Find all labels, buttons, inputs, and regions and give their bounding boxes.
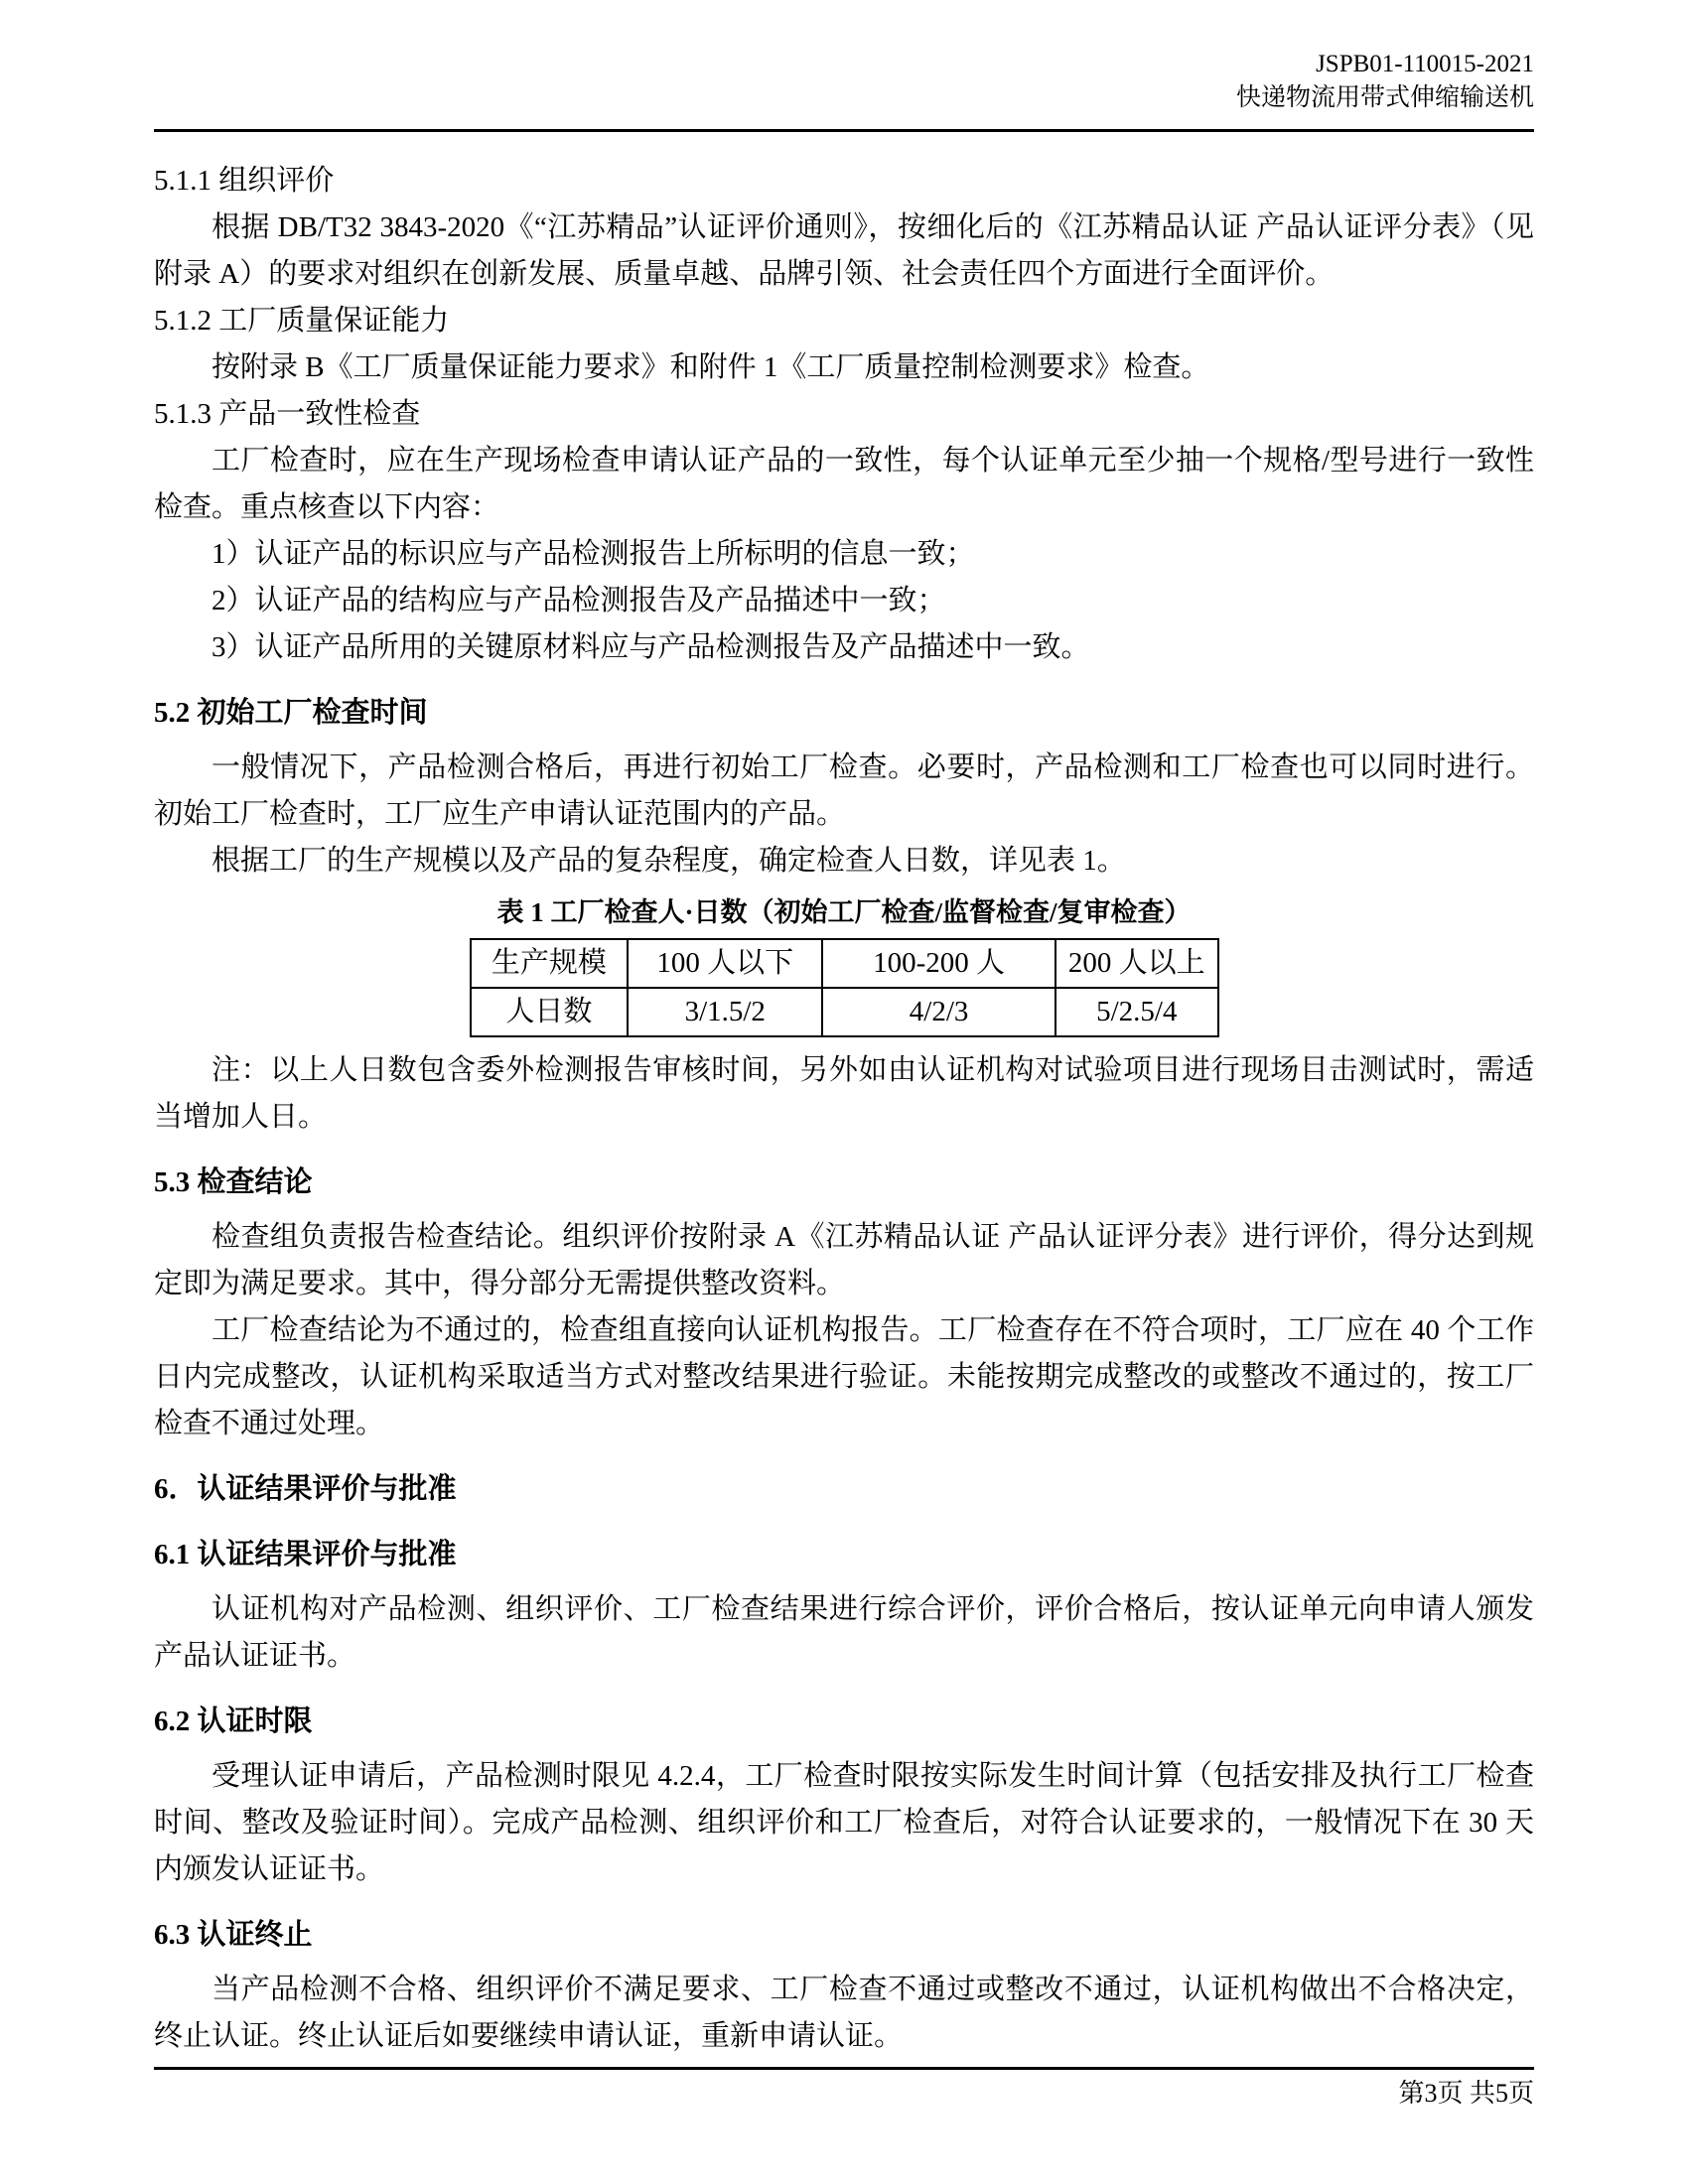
section-6-1-heading: 6.1 认证结果评价与批准	[154, 1531, 1534, 1578]
section-5-3-heading: 5.3 检查结论	[154, 1159, 1534, 1206]
table-row: 人日数 3/1.5/2 4/2/3 5/2.5/4	[471, 988, 1218, 1036]
table-cell: 100 人以下	[628, 939, 822, 988]
table-cell: 生产规模	[471, 939, 629, 988]
document-footer: 第3页 共5页	[154, 2067, 1534, 2114]
section-5-1-1-paragraph: 根据 DB/T32 3843-2020《“江苏精品”认证评价通则》，按细化后的《…	[154, 205, 1534, 298]
footer-divider	[154, 2067, 1534, 2070]
consistency-check-item-2: 2）认证产品的结构应与产品检测报告及产品描述中一致；	[154, 578, 1534, 624]
header-doc-title: 快递物流用带式伸缩输送机	[154, 81, 1534, 115]
section-5-1-2-paragraph: 按附录 B《工厂质量保证能力要求》和附件 1《工厂质量控制检测要求》检查。	[154, 344, 1534, 391]
table-cell: 5/2.5/4	[1055, 988, 1217, 1036]
section-6-3-heading: 6.3 认证终止	[154, 1911, 1534, 1959]
section-5-2-paragraph-2: 根据工厂的生产规模以及产品的复杂程度，确定检查人日数，详见表 1。	[154, 838, 1534, 885]
consistency-check-item-1: 1）认证产品的标识应与产品检测报告上所标明的信息一致；	[154, 531, 1534, 578]
consistency-check-item-3: 3）认证产品所用的关键原材料应与产品检测报告及产品描述中一致。	[154, 624, 1534, 671]
section-5-2-paragraph-1: 一般情况下，产品检测合格后，再进行初始工厂检查。必要时，产品检测和工厂检查也可以…	[154, 745, 1534, 838]
section-5-1-2-heading: 5.1.2 工厂质量保证能力	[154, 298, 1534, 344]
section-5-3-paragraph-1: 检查组负责报告检查结论。组织评价按附录 A《江苏精品认证 产品认证评分表》进行评…	[154, 1214, 1534, 1307]
section-5-3-paragraph-2: 工厂检查结论为不通过的，检查组直接向认证机构报告。工厂检查存在不符合项时，工厂应…	[154, 1307, 1534, 1447]
section-6-heading: 6．认证结果评价与批准	[154, 1465, 1534, 1513]
table-cell: 100-200 人	[822, 939, 1055, 988]
section-6-2-paragraph: 受理认证申请后，产品检测时限见 4.2.4，工厂检查时限按实际发生时间计算（包括…	[154, 1753, 1534, 1893]
document-body: 5.1.1 组织评价 根据 DB/T32 3843-2020《“江苏精品”认证评…	[0, 132, 1688, 2060]
section-5-1-1-heading: 5.1.1 组织评价	[154, 158, 1534, 205]
header-doc-number: JSPB01-110015-2021	[154, 48, 1534, 81]
page-number: 第3页 共5页	[154, 2074, 1534, 2114]
table-1-inspection-man-days: 生产规模 100 人以下 100-200 人 200 人以上 人日数 3/1.5…	[470, 938, 1219, 1037]
table-1-note: 注：以上人日数包含委外检测报告审核时间，另外如由认证机构对试验项目进行现场目击测…	[154, 1047, 1534, 1141]
document-header: JSPB01-110015-2021 快递物流用带式伸缩输送机	[154, 0, 1534, 115]
table-1-caption: 表 1 工厂检查人·日数（初始工厂检查/监督检查/复审检查）	[154, 890, 1534, 934]
table-cell: 3/1.5/2	[628, 988, 822, 1036]
section-5-2-heading: 5.2 初始工厂检查时间	[154, 689, 1534, 737]
section-6-2-heading: 6.2 认证时限	[154, 1698, 1534, 1745]
table-cell: 200 人以上	[1055, 939, 1217, 988]
section-5-1-3-heading: 5.1.3 产品一致性检查	[154, 391, 1534, 438]
section-5-1-3-paragraph: 工厂检查时，应在生产现场检查申请认证产品的一致性，每个认证单元至少抽一个规格/型…	[154, 438, 1534, 531]
table-cell: 人日数	[471, 988, 629, 1036]
section-6-1-paragraph: 认证机构对产品检测、组织评价、工厂检查结果进行综合评价，评价合格后，按认证单元向…	[154, 1586, 1534, 1680]
table-cell: 4/2/3	[822, 988, 1055, 1036]
document-page: JSPB01-110015-2021 快递物流用带式伸缩输送机 5.1.1 组织…	[0, 0, 1688, 2184]
table-row: 生产规模 100 人以下 100-200 人 200 人以上	[471, 939, 1218, 988]
section-6-3-paragraph: 当产品检测不合格、组织评价不满足要求、工厂检查不通过或整改不通过，认证机构做出不…	[154, 1967, 1534, 2060]
